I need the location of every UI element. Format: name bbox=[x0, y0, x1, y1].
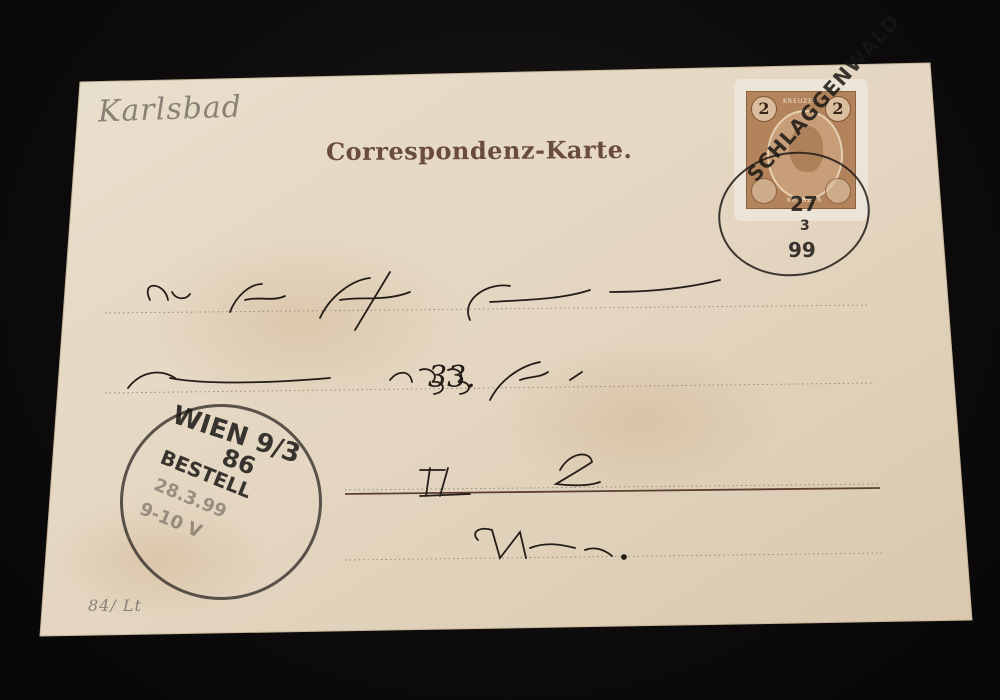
origin-postmark-year: 99 bbox=[788, 238, 816, 262]
stamp-value-top-left: 2 bbox=[751, 96, 777, 122]
printed-card-title: Correspondenz-Karte. bbox=[326, 135, 632, 166]
address-house-number: 33. bbox=[428, 360, 476, 395]
origin-postmark-month: 3 bbox=[800, 218, 810, 234]
postcard: Karlsbad 84/ Lt Correspondenz-Karte. An … bbox=[0, 0, 1000, 700]
origin-postmark-day: 27 bbox=[790, 192, 818, 216]
pencil-note-catalog: 84/ Lt bbox=[88, 596, 142, 615]
pencil-note-location: Karlsbad bbox=[97, 89, 242, 129]
